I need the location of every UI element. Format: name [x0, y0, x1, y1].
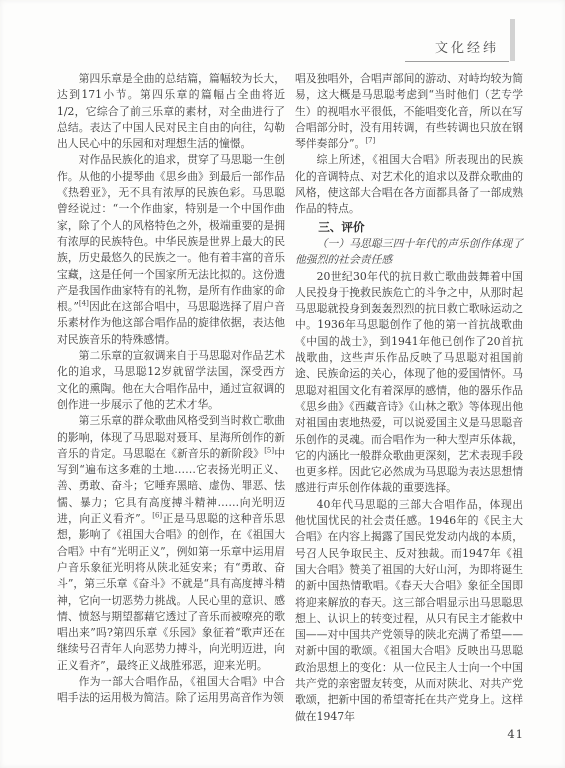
- paragraph-three-cantatas: 40年代马思聪的三部大合唱作品，体现出他忧国忧民的社会责任感。1946年的《民主…: [295, 497, 523, 725]
- text-run: 三、评价: [318, 220, 364, 234]
- header-rule-bar: [510, 19, 515, 61]
- text-run: 作为一部大合唱作品，《祖国大合唱》中合唱手法的运用极为简洁。除了运用男高音作为领: [57, 675, 285, 704]
- text-run: 20世纪30年代的抗日救亡歌曲鼓舞着中国人民投身于挽救民族危亡的斗争之中，从那时…: [295, 270, 523, 495]
- text-run: 对作品民族化的追求，贯穿了马思聪一生创作。从他的小提琴曲《思乡曲》到最后一部作品…: [57, 153, 285, 313]
- subsection-heading-social-responsibility: （一）马思聪三四十年代的声乐创作体现了他强烈的社会责任感: [295, 236, 523, 269]
- paragraph-recitative: 第二乐章的宣叙调来自于马思聪对作品艺术化的追求，马思聪12岁就留学法国，深受西方…: [57, 348, 285, 413]
- paragraph-choral-technique-cont: 唱及独唱外，合唱声部间的游动、对峙均较为简易，这大概是马思聪考虑到“当时他们（艺…: [295, 71, 523, 152]
- paragraph-choral-technique-start: 作为一部大合唱作品，《祖国大合唱》中合唱手法的运用极为简洁。除了运用男高音作为领: [57, 674, 285, 707]
- left-column: 第四乐章是全曲的总结篇，篇幅较为长大，达到171小节。第四乐章的篇幅占全曲将近1…: [57, 71, 285, 725]
- text-run: 第四乐章是全曲的总结篇，篇幅较为长大，达到171小节。第四乐章的篇幅占全曲将近1…: [57, 72, 285, 150]
- footnote-ref: [4]: [79, 300, 89, 308]
- section-heading-evaluation: 三、评价: [295, 219, 523, 235]
- right-column: 唱及独唱外，合唱声部间的游动、对峙均较为简易，这大概是马思聪考虑到“当时他们（艺…: [295, 71, 523, 725]
- text-run: 正是马思聪的这种音乐思想，影响了《祖国大合唱》的创作，在《祖国大合唱》中有“光明…: [57, 512, 285, 672]
- footnote-ref: [5]: [264, 446, 274, 454]
- text-run: 第三乐章的群众歌曲风格受到当时救亡歌曲的影响，体现了马思聪对聂耳、星海所创作的新…: [57, 414, 285, 460]
- text-run: 综上所述，《祖国大合唱》所表现出的民族化的音调特点、对艺术化的追求以及群众歌曲的…: [295, 153, 523, 215]
- footnote-ref: [6]: [152, 511, 162, 519]
- text-run: 第二乐章的宣叙调来自于马思聪对作品艺术化的追求，马思聪12岁就留学法国，深受西方…: [57, 349, 285, 411]
- section-label: 文化经纬: [435, 41, 499, 56]
- footnote-ref: [7]: [365, 137, 375, 145]
- paragraph-summary: 综上所述，《祖国大合唱》所表现出的民族化的音调特点、对艺术化的追求以及群众歌曲的…: [295, 152, 523, 217]
- paragraph-anti-japanese-songs: 20世纪30年代的抗日救亡歌曲鼓舞着中国人民投身于挽救民族危亡的斗争之中，从那时…: [295, 269, 523, 497]
- article-body: 第四乐章是全曲的总结篇，篇幅较为长大，达到171小节。第四乐章的篇幅占全曲将近1…: [57, 71, 523, 725]
- page-number: 41: [507, 727, 524, 741]
- paragraph-mass-song-style: 第三乐章的群众歌曲风格受到当时救亡歌曲的影响，体现了马思聪对聂耳、星海所创作的新…: [57, 413, 285, 674]
- text-run: 40年代马思聪的三部大合唱作品，体现出他忧国忧民的社会责任感。1946年的《民主…: [295, 498, 523, 723]
- text-run: 因此在这部合唱中，马思聪选择了眉户音乐素材作为他这部合唱作品的旋律依据，表达他对…: [57, 300, 285, 346]
- page-header: 文化经纬: [405, 37, 509, 62]
- paragraph-nationalization: 对作品民族化的追求，贯穿了马思聪一生创作。从他的小提琴曲《思乡曲》到最后一部作品…: [57, 152, 285, 348]
- paragraph-movement4: 第四乐章是全曲的总结篇，篇幅较为长大，达到171小节。第四乐章的篇幅占全曲将近1…: [57, 71, 285, 152]
- journal-page: 文化经纬 第四乐章是全曲的总结篇，篇幅较为长大，达到171小节。第四乐章的篇幅占…: [0, 0, 565, 768]
- text-run: 唱及独唱外，合唱声部间的游动、对峙均较为简易，这大概是马思聪考虑到“当时他们（艺…: [295, 72, 523, 150]
- text-run: （一）马思聪三四十年代的声乐创作体现了他强烈的社会责任感: [295, 237, 523, 266]
